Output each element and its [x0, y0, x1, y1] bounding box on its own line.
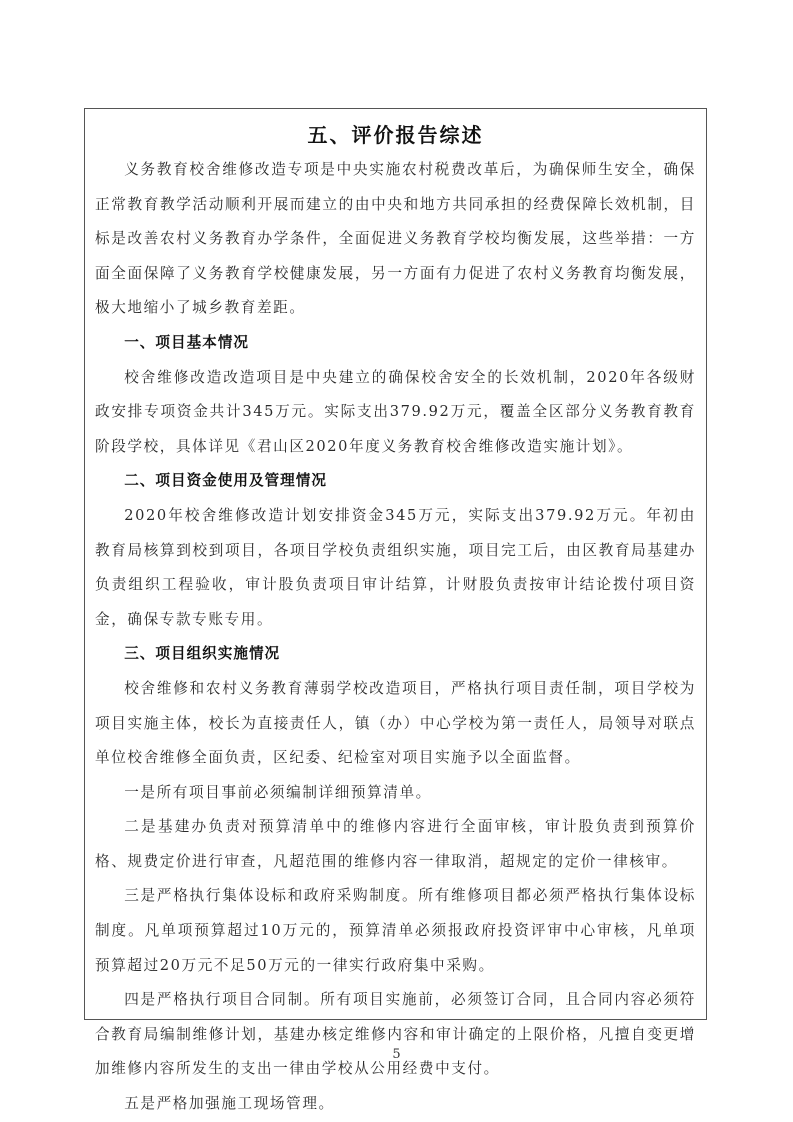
section-paragraph: 五是严格加强施工现场管理。 [95, 1087, 696, 1122]
section-paragraph: 2020年校舍维修改造计划安排资金345万元，实际支出379.92万元。年初由教… [95, 499, 696, 637]
section-paragraph: 三是严格执行集体设标和政府采购制度。所有维修项目都必须严格执行集体设标制度。凡单… [95, 879, 696, 983]
section-paragraph: 四是严格执行项目合同制。所有项目实施前，必须签订合同，且合同内容必须符合教育局编… [95, 983, 696, 1087]
section-paragraph: 二是基建办负责对预算清单中的维修内容进行全面审核，审计股负责到预算价格、规费定价… [95, 810, 696, 879]
report-frame: 五、评价报告综述 义务教育校舍维修改造专项是中央实施农村税费改革后，为确保师生安… [84, 108, 707, 1020]
section-paragraph: 一是所有项目事前必须编制详细预算清单。 [95, 776, 696, 811]
section-paragraph: 校舍维修和农村义务教育薄弱学校改造项目，严格执行项目责任制，项目学校为项目实施主… [95, 672, 696, 776]
section-heading-basic-info: 一、项目基本情况 [95, 326, 696, 361]
section-paragraph: 校舍维修改造改造项目是中央建立的确保校舍安全的长效机制，2020年各级财政安排专… [95, 361, 696, 465]
section-heading-implementation: 三、项目组织实施情况 [95, 637, 696, 672]
report-body: 义务教育校舍维修改造专项是中央实施农村税费改革后，为确保师生安全，确保正常教育教… [95, 153, 696, 1122]
intro-paragraph: 义务教育校舍维修改造专项是中央实施农村税费改革后，为确保师生安全，确保正常教育教… [95, 153, 696, 326]
section-heading-fund-usage: 二、项目资金使用及管理情况 [95, 464, 696, 499]
page-number: 5 [0, 1047, 793, 1062]
page-title: 五、评价报告综述 [85, 119, 706, 148]
